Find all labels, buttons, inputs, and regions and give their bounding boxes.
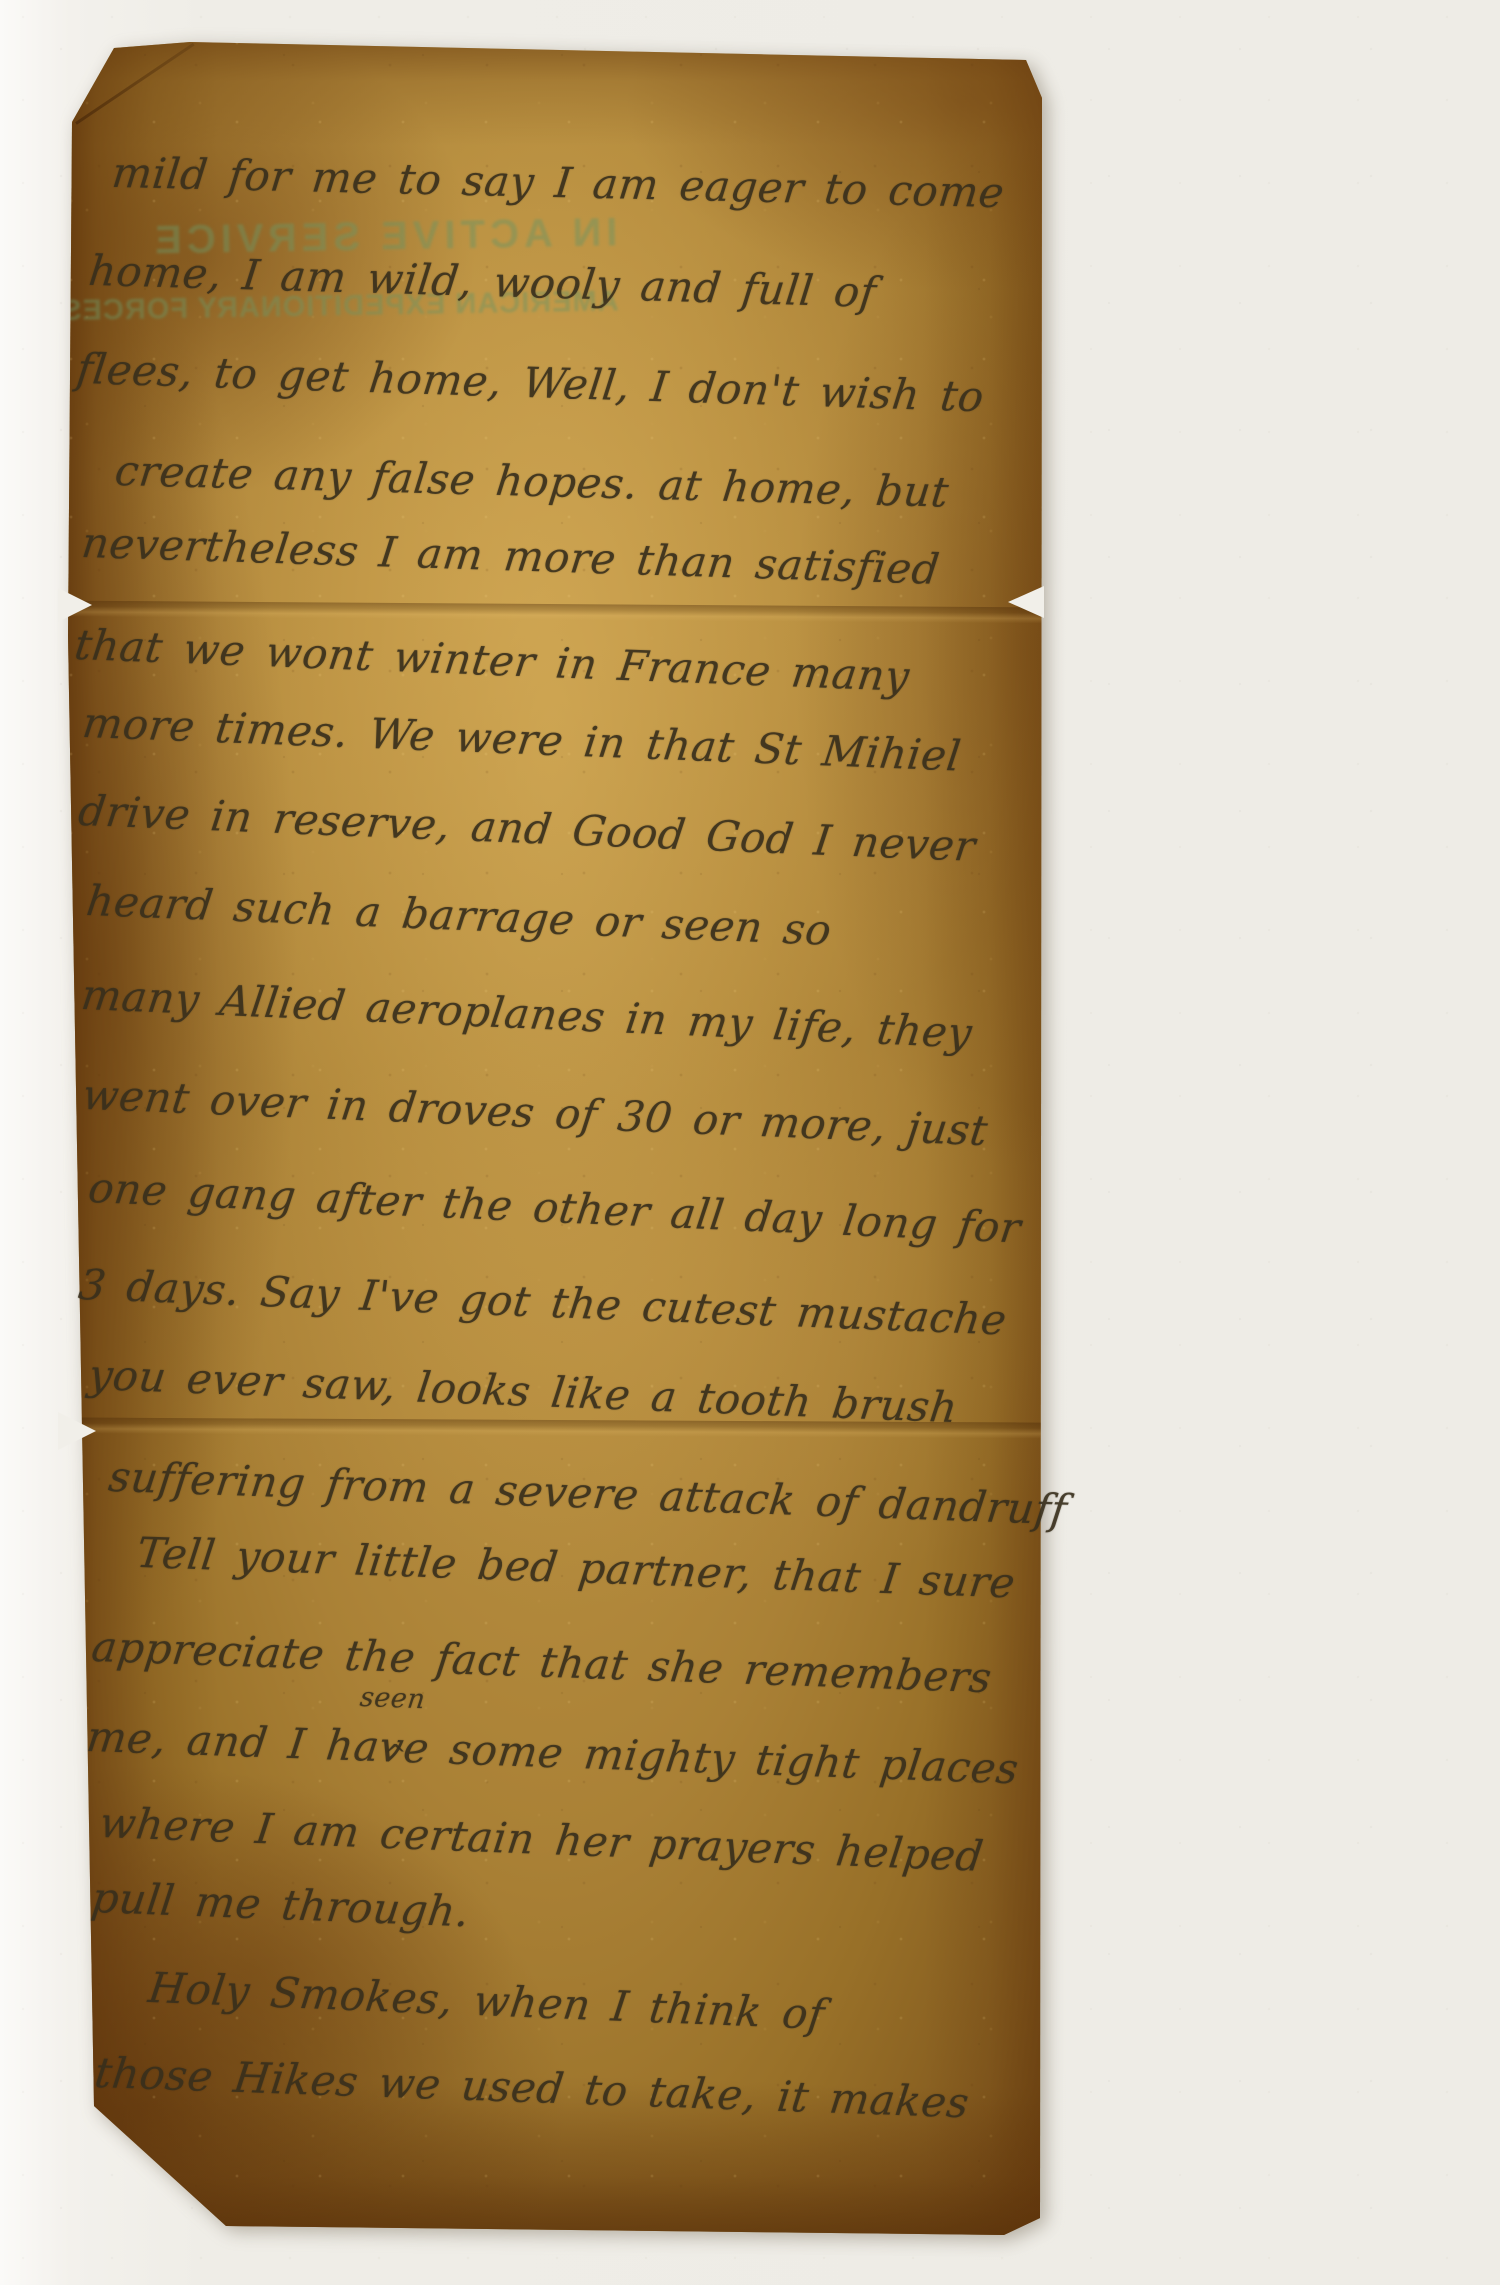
fold-crease-upper	[58, 601, 1044, 624]
paper-stain-blotches	[58, 36, 1044, 2236]
fold-crease-lower	[58, 1417, 1044, 1438]
paper-edge-shading	[58, 36, 1044, 2236]
letter-page: IN ACTIVE SERVICE AMERICAN EXPEDITIONARY…	[58, 36, 1044, 2236]
censor-stamp-bleedthrough: IN ACTIVE SERVICE AMERICAN EXPEDITIONARY…	[197, 210, 619, 325]
folded-corner-crease	[75, 43, 194, 125]
stamp-line-active-service: IN ACTIVE SERVICE	[197, 210, 618, 262]
stamp-line-aef: AMERICAN EXPEDITIONARY FORCES	[198, 285, 619, 325]
paper-grain-texture	[58, 36, 1044, 2236]
paper-sheet: IN ACTIVE SERVICE AMERICAN EXPEDITIONARY…	[58, 36, 1044, 2236]
